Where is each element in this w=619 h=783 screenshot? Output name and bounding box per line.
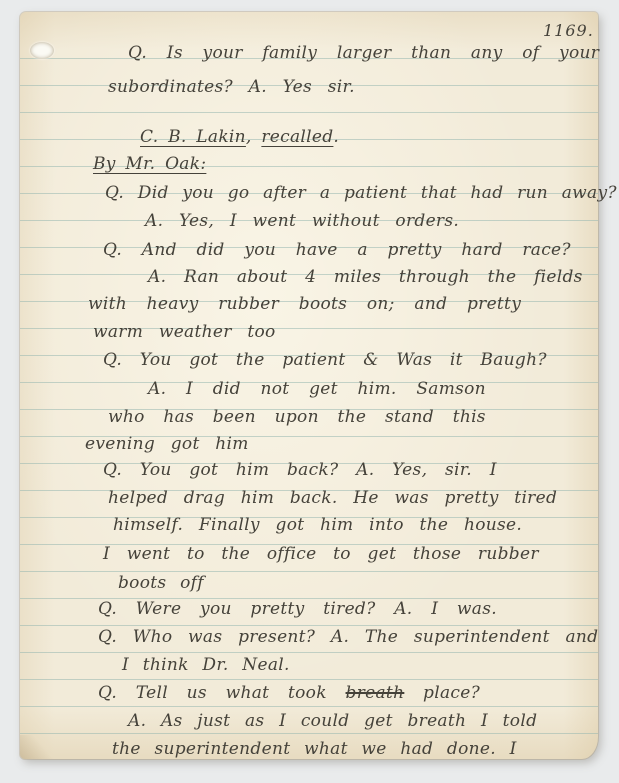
handwriting-line: A. Yes, I went without orders. — [145, 210, 459, 232]
page-number: 1169. — [543, 20, 594, 42]
strike-line-before: Q. Tell us what took — [98, 683, 327, 703]
strike-line-after: place? — [423, 683, 480, 703]
handwriting-line: with heavy rubber boots on; and pretty — [88, 293, 521, 315]
handwriting-line-strike: Q. Tell us what took breath place? — [98, 682, 480, 704]
handwriting-line: helped drag him back. He was pretty tire… — [108, 487, 557, 509]
handwriting-line: Q. Who was present? A. The superintenden… — [98, 626, 598, 648]
witness-status: recalled — [261, 127, 333, 147]
handwriting-line: boots off — [118, 572, 204, 594]
handwriting-line: I went to the office to get those rubber — [103, 543, 539, 565]
handwriting-line: Q. Did you go after a patient that had r… — [105, 182, 617, 204]
punch-hole — [30, 42, 54, 59]
struck-word: breath — [346, 683, 405, 703]
handwriting-line: the superintendent what we had done. I — [112, 738, 517, 760]
witness-end: . — [333, 127, 339, 147]
handwriting-line: Q. You got him back? A. Yes, sir. I — [103, 459, 497, 481]
handwriting-line: himself. Finally got him into the house. — [113, 514, 522, 536]
handwriting-line: warm weather too — [93, 321, 276, 343]
handwriting-line: who has been upon the stand this — [108, 406, 486, 428]
paper-sheet: 1169. Q. Is your family larger than any … — [20, 12, 598, 759]
witness-heading: C. B. Lakin, recalled. — [140, 126, 339, 148]
examiner-heading: By Mr. Oak: — [93, 153, 206, 175]
examiner-label: By Mr. Oak: — [93, 154, 206, 174]
handwriting-line: A. Ran about 4 miles through the fields — [148, 266, 583, 288]
handwriting-line: A. As just as I could get breath I told — [128, 710, 537, 732]
handwriting-line: Q. Is your family larger than any of you… — [128, 42, 599, 64]
handwriting-line: I think Dr. Neal. — [122, 654, 290, 676]
witness-separator: , — [246, 127, 252, 147]
handwriting-line: Q. And did you have a pretty hard race? — [103, 239, 571, 261]
handwriting-line: A. I did not get him. Samson — [148, 378, 486, 400]
handwriting-line: Q. Were you pretty tired? A. I was. — [98, 598, 497, 620]
handwriting-line: Q. You got the patient & Was it Baugh? — [103, 349, 547, 371]
handwriting-line: subordinates? A. Yes sir. — [108, 76, 355, 98]
handwriting-line: evening got him — [85, 433, 249, 455]
witness-name: C. B. Lakin — [140, 127, 246, 147]
